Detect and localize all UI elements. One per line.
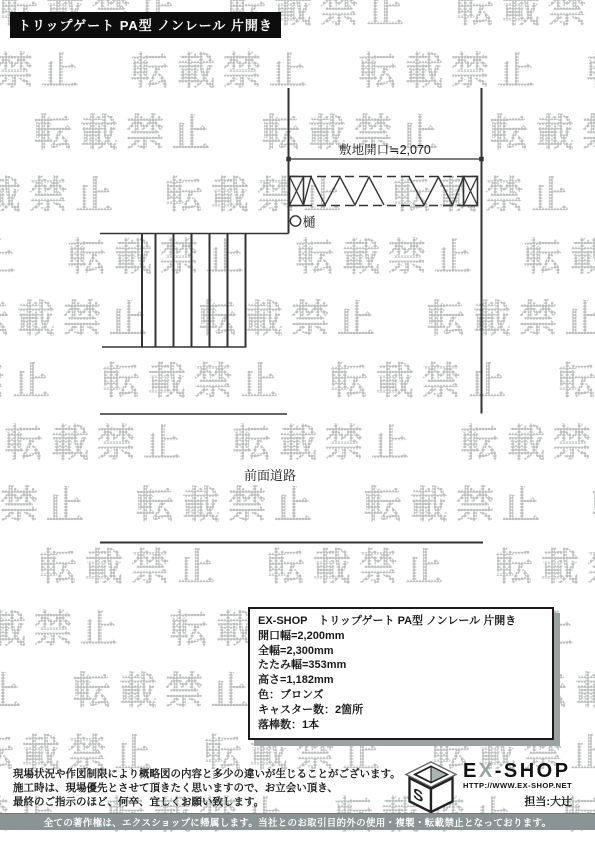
- page: 転載禁止転載禁止転載禁止転載禁止転載禁止転載禁止転載禁止転載禁止転載禁止転載禁止…: [0, 0, 595, 842]
- gutter-mark-circle: [290, 216, 300, 226]
- exshop-wordmark: EX-SHOP: [463, 761, 572, 781]
- gate-pantograph-right: [409, 177, 464, 205]
- wordmark-shop: -SHOP: [495, 760, 571, 782]
- note-line-1: 現場状況や作図制限により概略図の内容と多少の違いが生じることがございます。: [13, 768, 401, 782]
- note-line-2: 施工時は、現場優先とさせて頂きたく思いますので、お立会い頂き、: [13, 782, 401, 796]
- drawing-title-box: トリップゲート PA型 ノンレール 片開き: [10, 12, 281, 38]
- site-notes: 現場状況や作図制限により概略図の内容と多少の違いが生じることがございます。 施工…: [13, 768, 401, 809]
- spec-line-drop-rods: 落棒数：1本: [258, 718, 544, 733]
- spec-line-casters: キャスター数：2箇所: [258, 703, 544, 718]
- spec-title: EX-SHOP トリップゲート PA型 ノンレール 片開き: [258, 614, 544, 629]
- copyright-bar: 全ての著作権は、エクスショップに帰属します。当社とのお取引目的外の使用・複製・転…: [0, 813, 595, 830]
- exshop-logo-block: S EX-SHOP HTTP://WWW.EX-SHOP.NET 担当:大辻: [404, 761, 572, 813]
- exshop-url: HTTP://WWW.EX-SHOP.NET: [463, 781, 572, 790]
- note-line-3: 最終のご指示のほど、何卒、宜しくお願い致します。: [13, 796, 401, 810]
- spec-line-folded-width: たたみ幅=353mm: [258, 658, 544, 673]
- dimension-end-marker-right: [479, 157, 484, 162]
- spec-box: EX-SHOP トリップゲート PA型 ノンレール 片開き 開口幅=2,200m…: [248, 607, 554, 740]
- spec-line-color: 色：ブロンズ: [258, 688, 544, 703]
- exshop-cube-icon: S: [404, 761, 458, 813]
- carport-panel-lines: [142, 234, 246, 348]
- wordmark-e: E: [463, 760, 479, 782]
- spec-line-opening-width: 開口幅=2,200mm: [258, 629, 544, 644]
- spec-line-total-width: 全幅=2,300mm: [258, 644, 544, 659]
- dimension-label: 敷地開口≒2,070: [339, 142, 431, 157]
- drawing-title-text: トリップゲート PA型 ノンレール 片開き: [18, 18, 273, 33]
- contact-person: 担当:大辻: [463, 793, 572, 809]
- gate-pantograph-left: [304, 177, 385, 205]
- dimension-end-marker-left: [286, 157, 291, 162]
- road-label: 前面道路: [244, 468, 296, 483]
- gutter-label: 樋: [303, 215, 316, 230]
- spec-line-height: 高さ=1,182mm: [258, 673, 544, 688]
- copyright-text: 全ての著作権は、エクスショップに帰属します。当社とのお取引目的外の使用・複製・転…: [44, 815, 552, 829]
- wordmark-x: X: [479, 760, 495, 782]
